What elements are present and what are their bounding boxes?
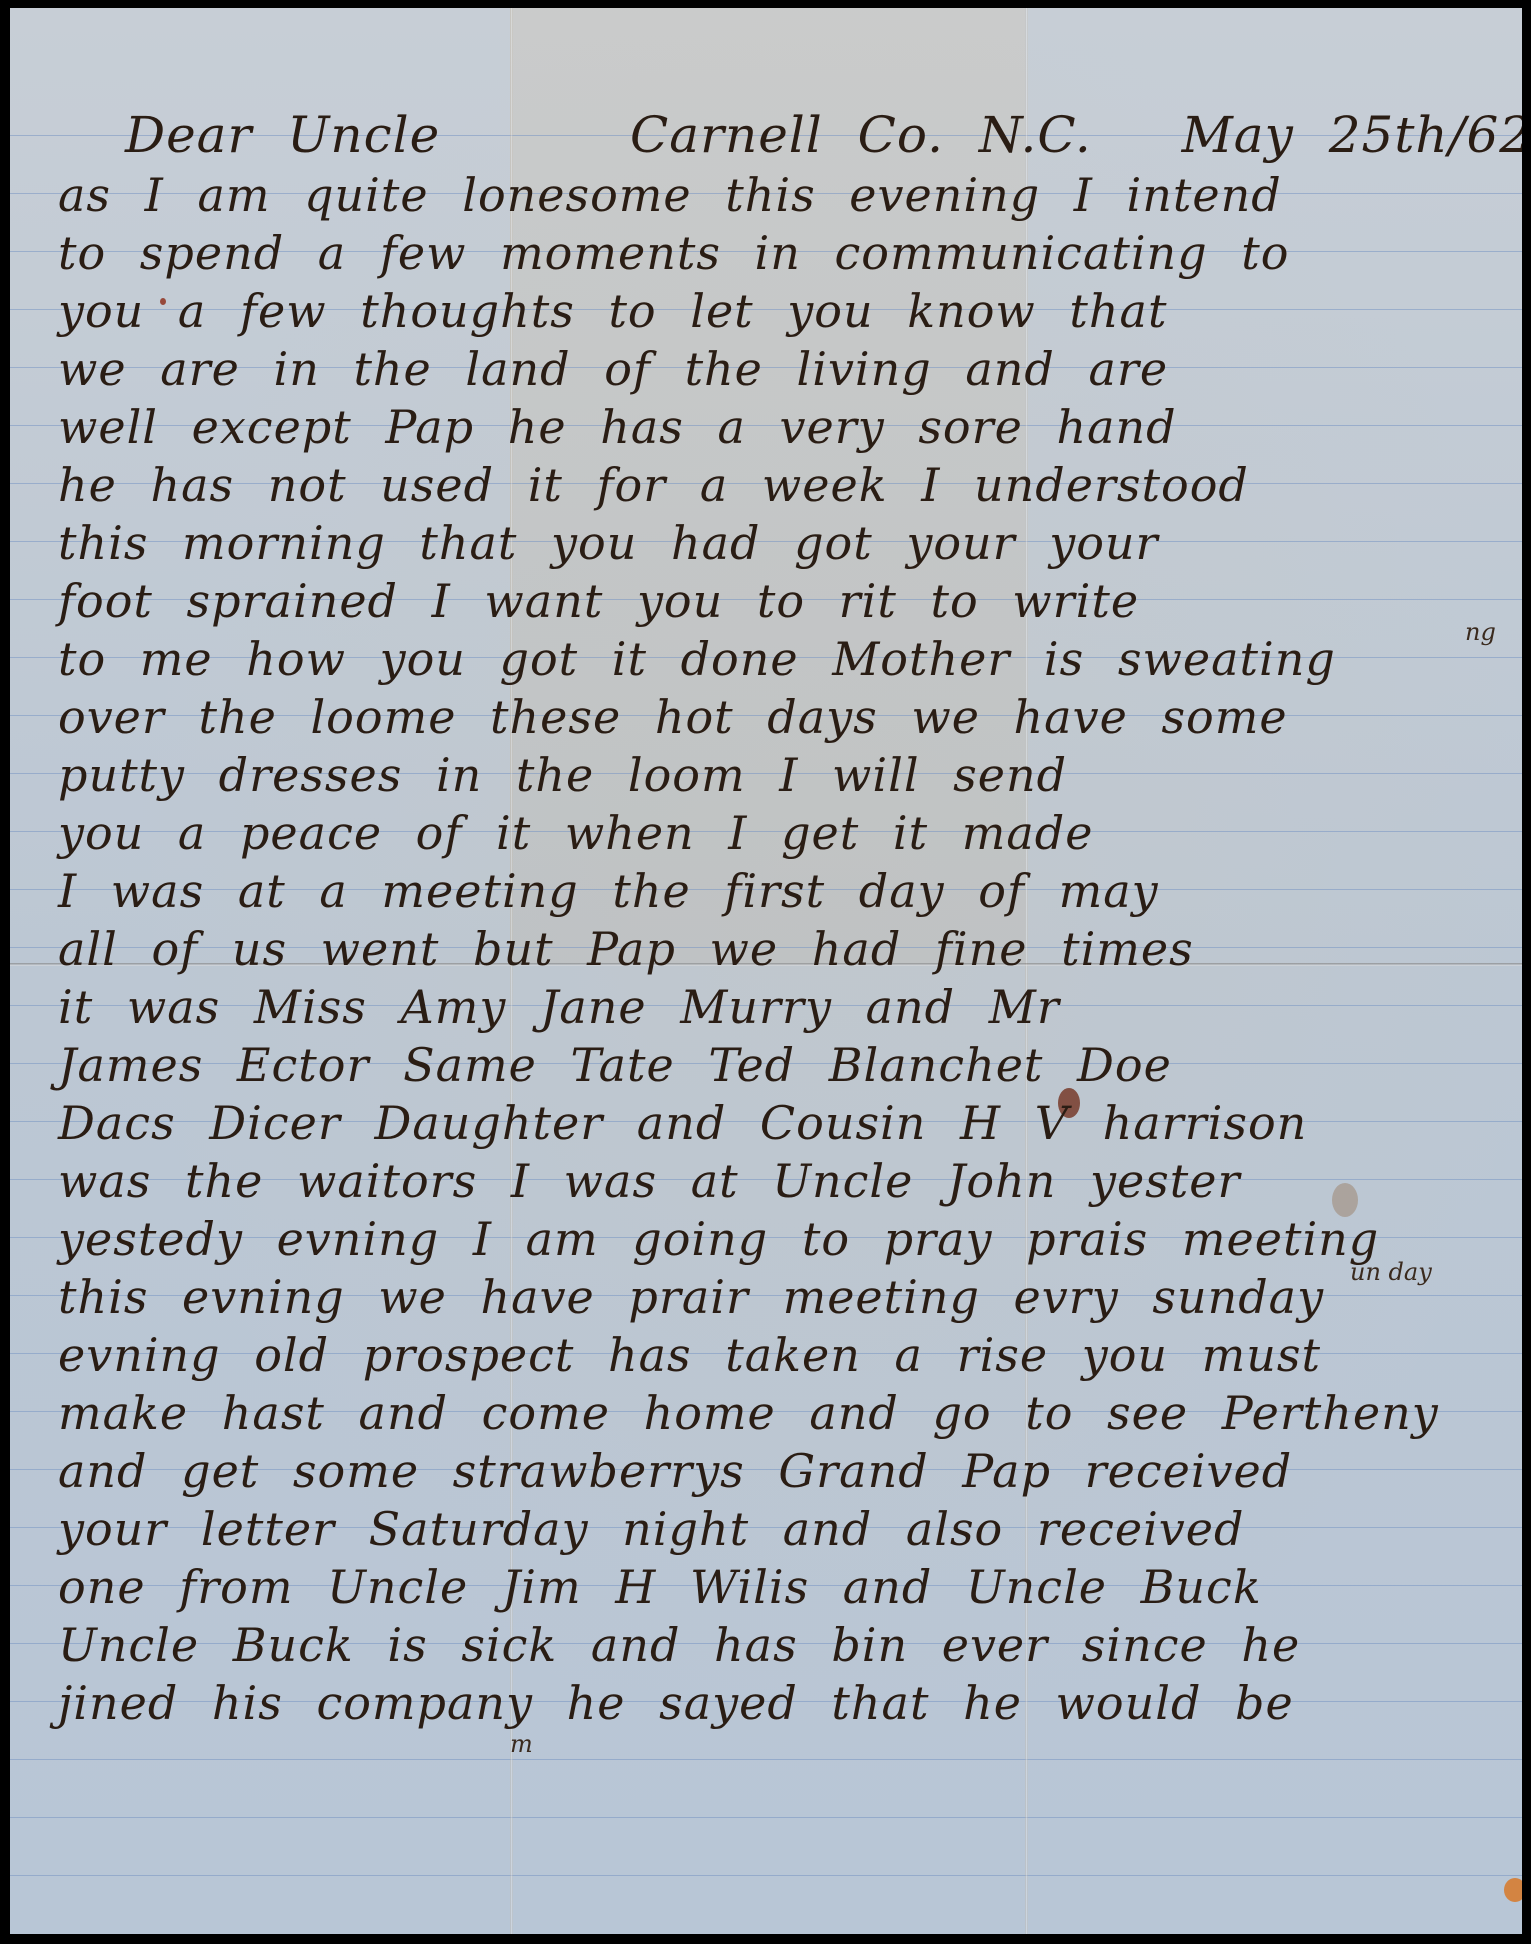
letter-line: James Ector Same Tate Ted Blanchet Doe <box>58 1038 1498 1092</box>
letter-line: foot sprained I want you to rit to write <box>58 574 1498 628</box>
letter-line: you a few thoughts to let you know that <box>58 284 1498 338</box>
ruled-line <box>10 1875 1522 1876</box>
place-line: Carnell Co. N.C. <box>630 106 1092 164</box>
letter-line: over the loome these hot days we have so… <box>58 690 1498 744</box>
letter-line: one from Uncle Jim H Wilis and Uncle Buc… <box>58 1560 1498 1614</box>
letter-line: Uncle Buck is sick and has bin ever sinc… <box>58 1618 1498 1672</box>
letter-line: yestedy evning I am going to pray prais … <box>58 1212 1498 1266</box>
letter-line: to me how you got it done Mother is swea… <box>58 632 1498 686</box>
interlinear-insert: m <box>510 1730 533 1758</box>
letter-line: he has not used it for a week I understo… <box>58 458 1498 512</box>
letter-line: make hast and come home and go to see Pe… <box>58 1386 1498 1440</box>
interlinear-insert: ng <box>1465 618 1496 646</box>
letter-line: we are in the land of the living and are <box>58 342 1498 396</box>
letter-line: it was Miss Amy Jane Murry and Mr <box>58 980 1498 1034</box>
letter-line: putty dresses in the loom I will send <box>58 748 1498 802</box>
letter-line: well except Pap he has a very sore hand <box>58 400 1498 454</box>
letter-line: this evning we have prair meeting evry s… <box>58 1270 1498 1324</box>
letter-line: Dacs Dicer Daughter and Cousin H V harri… <box>58 1096 1498 1150</box>
letter-line: as I am quite lonesome this evening I in… <box>58 168 1498 222</box>
letter-line: was the waitors I was at Uncle John yest… <box>58 1154 1498 1208</box>
letter-line: your letter Saturday night and also rece… <box>58 1502 1498 1556</box>
letter-paper: Dear Uncle Carnell Co. N.C. May 25th/62 … <box>10 8 1522 1934</box>
letter-line: this morning that you had got your your <box>58 516 1498 570</box>
letter-line: I was at a meeting the first day of may <box>58 864 1498 918</box>
letter-line: evning old prospect has taken a rise you… <box>58 1328 1498 1382</box>
ruled-line <box>10 1759 1522 1760</box>
letter-line: to spend a few moments in communicating … <box>58 226 1498 280</box>
salutation: Dear Uncle <box>125 106 440 164</box>
letter-line: you a peace of it when I get it made <box>58 806 1498 860</box>
letter-heading: Dear Uncle Carnell Co. N.C. May 25th/62 <box>125 108 1522 162</box>
date-line: May 25th/62 <box>1182 106 1522 164</box>
interlinear-insert: un day <box>1350 1258 1432 1286</box>
letter-line: all of us went but Pap we had fine times <box>58 922 1498 976</box>
ruled-line <box>10 1817 1522 1818</box>
rust-spot <box>1504 1878 1522 1902</box>
letter-line: jined his company he sayed that he would… <box>58 1676 1498 1730</box>
letter-line: and get some strawberrys Grand Pap recei… <box>58 1444 1498 1498</box>
